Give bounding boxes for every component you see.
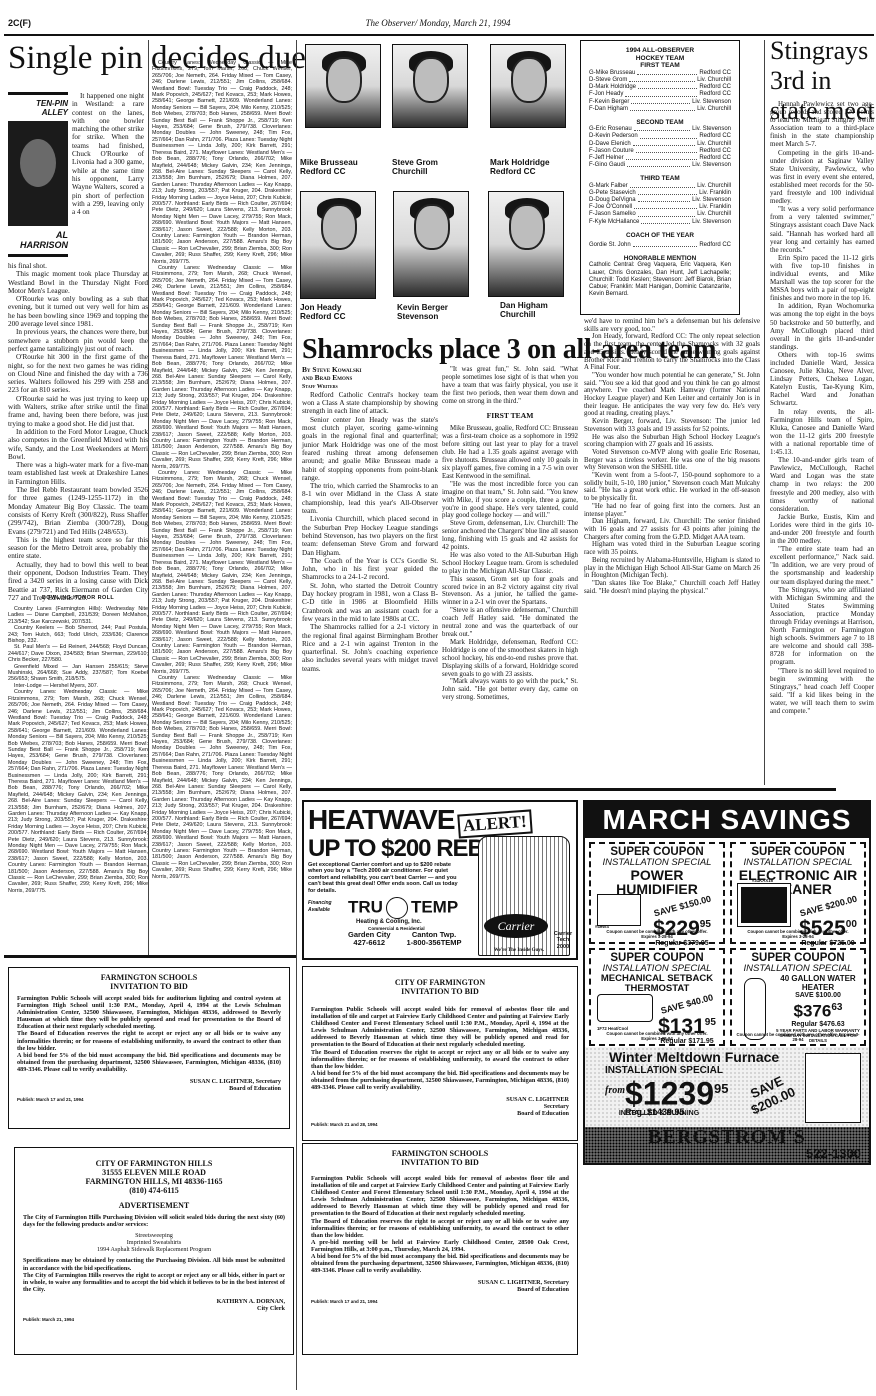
paragraph: Kevin Berger, forward, Liv. Stevenson: T… <box>584 418 760 433</box>
story-column: "It was great fun," St. John said. "What… <box>442 366 578 702</box>
honor-roll-list: Country Lanes (Farmington Hills): Wednes… <box>8 606 148 894</box>
paragraph: O'Rourke hit 300 in the first game of th… <box>8 353 148 394</box>
story-column: we'd have to remind him he's a defensema… <box>584 318 760 595</box>
portrait-caption: Kevin BergerStevenson <box>397 303 448 321</box>
face <box>509 204 545 250</box>
school: Redford CC <box>699 91 731 98</box>
honor-roll-entry: Country Lanes: Wednesday Classic — Mike … <box>152 470 292 675</box>
notice-body: Farmington Public Schools will accept se… <box>311 1006 569 1049</box>
portrait-photo <box>300 191 376 299</box>
section-rule <box>4 955 296 958</box>
paragraph: "Kevin went from a 5-foot-7, 150-pound s… <box>584 472 760 503</box>
brand-left: TRU <box>348 898 383 917</box>
divider <box>8 92 68 95</box>
third-team-label: THIRD TEAM <box>589 175 731 182</box>
player: D-Mark Holdridge <box>589 84 636 91</box>
roster-row: F-Joe O'ConnellLiv. Franklin <box>589 204 731 211</box>
player: D-Doug DelVigna <box>589 197 636 204</box>
model-label: Carrier Tech 2000 <box>552 931 574 951</box>
byline-role: Staff Writers <box>302 383 438 391</box>
paragraph: The Stingrays, who are affiliated with M… <box>770 586 874 667</box>
signature-title: City Clerk <box>23 1305 285 1312</box>
column-rule <box>148 40 149 955</box>
caption-name: Mike Brusseau <box>300 158 358 167</box>
notice-body: Farmington Public Schools will accept se… <box>311 1175 569 1218</box>
legal-notice-prebid: FARMINGTON SCHOOLS INVITATION TO BID Far… <box>302 1143 578 1355</box>
roster-row: G-Mark FalberLiv. Churchill <box>589 183 731 190</box>
player: G-Eric Rosenau <box>589 126 632 133</box>
heatwave-ad[interactable]: HEATWAVEALERT! UP TO $200 REBATE Get exc… <box>302 800 578 960</box>
school: Liv. Churchill <box>697 211 731 218</box>
paragraph: He was also voted to the All-Suburban Hi… <box>442 552 578 576</box>
furnace-title: Winter Meltdown Furnace <box>609 1049 779 1065</box>
paragraph: In addition, Ryan Wochomurka was among t… <box>770 302 874 351</box>
notice-body: The City of Farmington Hills Purchasing … <box>23 1214 285 1228</box>
paragraph: The 10-and-under girls team of Pawlewicz… <box>770 456 874 513</box>
bergstroms-dealer-block: BERGSTROM'S 522-1300 <box>585 1127 869 1163</box>
school: Liv. Churchill <box>697 106 731 113</box>
price-dollars: $376 <box>794 1002 832 1021</box>
brand-right: TEMP <box>411 898 458 917</box>
coupon-fine-print: Coupon cannot be combined with any other… <box>599 1031 715 1041</box>
dealer-phone[interactable]: 522-1300 <box>806 1146 861 1161</box>
school: Redford CC <box>699 242 731 249</box>
player: F-Jeff Helner <box>589 155 624 162</box>
honor-roll-entry: St. Paul Men's — Ed Reinert, 244/568; Fl… <box>8 644 148 663</box>
paragraph: Higham was voted third in the Suburban L… <box>584 541 760 556</box>
paragraph: "There is no skill level required to beg… <box>770 667 874 716</box>
signature: SUSAN C. LIGHTNER <box>311 1096 569 1103</box>
school: Redford CC <box>699 148 731 155</box>
paragraph: Senior center Jon Heady was the state's … <box>302 416 438 482</box>
notice-title: FARMINGTON SCHOOLS <box>311 1149 569 1158</box>
furnace-details: INSTALLED & RUNNING <box>589 1110 729 1118</box>
roster-row: D-Steve GromLiv. Churchill <box>589 77 731 84</box>
box-title: HOCKEY TEAM <box>589 55 731 63</box>
paragraph: Voted Stevenson co-MVP along with goalie… <box>584 449 760 472</box>
honorable-list: Catholic Central: Greg Vaquera, Eric Vaq… <box>589 262 731 298</box>
school: Liv. Franklin <box>699 204 731 211</box>
portrait-photo <box>490 44 566 128</box>
paragraph: Redford Catholic Central's hockey team w… <box>302 391 438 416</box>
player: F-Joe O'Connell <box>589 204 632 211</box>
honor-roll-entry: Country Lanes (Farmington Hills): Wednes… <box>8 606 148 625</box>
subhead: FIRST TEAM <box>442 412 578 420</box>
player: F-Jason Couture <box>589 148 634 155</box>
header-rule <box>4 34 874 36</box>
notice-title: FARMINGTON SCHOOLS <box>17 973 281 982</box>
player: G-Mike Brusseau <box>589 70 635 77</box>
carrier-tagline: We're The Inside Guys. <box>494 947 544 954</box>
column-rule <box>296 40 297 1390</box>
school: Redford CC <box>699 133 731 140</box>
notice-title: CITY OF FARMINGTON <box>311 978 569 987</box>
coupon-fine-print: Coupon cannot be combined with any other… <box>740 929 856 939</box>
price-cents: 63 <box>831 1002 842 1013</box>
player: F-Kevin Berger <box>589 99 629 106</box>
signature: SUSAN C. LIGHTNER, Secretary <box>311 1279 569 1286</box>
school: Liv. Churchill <box>697 141 731 148</box>
phone: 1-800-356TEMP <box>407 939 462 947</box>
portrait-caption: Steve GromChurchill <box>392 158 438 176</box>
portrait-photo <box>392 44 468 128</box>
coupon-save: SAVE $100.00 <box>774 992 862 999</box>
player: F-Jon Heady <box>589 91 623 98</box>
march-savings-ad[interactable]: MARCH SAVINGS SUPER COUPON INSTALLATION … <box>583 800 871 1165</box>
coupon-model: #31KAX16 <box>752 878 773 883</box>
water-heater-illustration <box>744 978 766 1040</box>
ad-banner: MARCH SAVINGS <box>585 802 869 838</box>
publish-dates: Publish: March 17 and 21, 1994 <box>17 1096 281 1103</box>
paragraph: In relay events, the all-Farmington Hill… <box>770 408 874 457</box>
roster-row: F-Gino GaudiLiv. Stevenson <box>589 162 731 169</box>
caption-school: Redford CC <box>300 312 345 321</box>
paragraph: Competing in the girls 10-and-under divi… <box>770 149 874 206</box>
paragraph: The Shamrocks rallied for a 2-1 victory … <box>302 623 438 673</box>
paragraph: In previous years, the chances were ther… <box>8 328 148 353</box>
school: Liv. Stevenson <box>692 162 731 169</box>
caption-school: Redford CC <box>300 167 358 176</box>
notice-body: The Board of Education reserves the righ… <box>311 1218 569 1239</box>
caption-name: Steve Grom <box>392 158 438 167</box>
roster-row: F-Kyle McHallanceLiv. Stevenson <box>589 219 731 226</box>
paragraph: "You wonder how much potential he can ge… <box>584 372 760 418</box>
player: F-Jason Samelko <box>589 211 636 218</box>
face <box>414 204 450 250</box>
bowling-lead: It happened one night in Westland: a rar… <box>72 92 144 216</box>
stingrays-story: Hannah Pawlewicz set two age-group recor… <box>770 100 874 715</box>
honor-roll-list-continued: Country Lanes: Wednesday Classic — Mike … <box>152 60 292 950</box>
paragraph: we'd have to remind him he's a defensema… <box>584 318 760 333</box>
paragraph: "Mark always wants to go with the puck,"… <box>442 678 578 702</box>
notice-title: CITY OF FARMINGTON HILLS <box>23 1159 285 1168</box>
school: Redford CC <box>699 84 731 91</box>
location-garden-city: Garden City427-6612 <box>348 931 391 947</box>
paragraph: Jon Heady, forward, Redford CC: The only… <box>584 333 760 372</box>
paragraph: Erin Spiro paced the 11-12 girls with fi… <box>770 254 874 303</box>
ad-alert-badge: ALERT! <box>457 809 532 838</box>
coupon-fine-print: Coupon cannot be combined with any other… <box>599 929 715 939</box>
tru-temp-logo: TRUTEMP <box>348 897 458 919</box>
furnace-line: INSTALLED & RUNNING <box>589 1110 729 1118</box>
section-rule <box>300 788 836 791</box>
portrait-photo <box>305 44 381 128</box>
coupon-fine-print: Coupon cannot be combined with any other… <box>736 1032 860 1042</box>
thermostat-illustration <box>597 994 653 1022</box>
school: Liv. Stevenson <box>692 219 731 226</box>
caption-school: Stevenson <box>397 312 448 321</box>
paragraph: "Steve is an offensive defenseman," Chur… <box>442 607 578 639</box>
paragraph: He was also the Suburban High School Hoc… <box>584 434 760 449</box>
notice-address: 31555 ELEVEN MILE ROAD <box>23 1168 285 1177</box>
publish-dates: Publish: March 21 and 28, 1994 <box>311 1121 569 1128</box>
school: Redford CC <box>699 70 731 77</box>
signature: KATHRYN A. DORNAN, <box>23 1298 285 1305</box>
player: G-Mark Falber <box>589 183 628 190</box>
coupon-regular: Regular $725.00 <box>794 940 862 947</box>
signature-title: Board of Education <box>17 1085 281 1092</box>
paragraph: "It was great fun," St. John said. "What… <box>442 366 578 406</box>
face <box>321 204 357 250</box>
caption-name: Mark Holdridge <box>490 158 550 167</box>
coupon-product: POWER HUMIDIFIER <box>593 868 721 896</box>
columnist-photo <box>8 121 68 226</box>
paragraph: This season, Grom set up four goals and … <box>442 576 578 608</box>
player: D-Dave Elenich <box>589 141 631 148</box>
thermostat-dial-icon <box>386 897 408 919</box>
byline: and Brad Emons <box>302 374 438 382</box>
divider <box>8 254 68 257</box>
signature: SUSAN C. LIGHTNER, Secretary <box>17 1078 281 1085</box>
portrait-caption: Mark HoldridgeRedford CC <box>490 158 550 176</box>
paragraph: In addition to the Ford Motor League, Ch… <box>8 428 148 461</box>
honor-roll-entry: Country Lanes: Wednesday Classic — Mike … <box>152 265 292 470</box>
paragraph: Being recruited by Alabama-Huntsville, H… <box>584 557 760 580</box>
coupon-product: MECHANICAL SETBACK THERMOSTAT <box>593 974 721 994</box>
portrait-caption: Mike BrusseauRedford CC <box>300 158 358 176</box>
honor-roll-title: BOWLING HONOR ROLL <box>8 595 148 601</box>
school: Liv. Franklin <box>699 190 731 197</box>
bid-item: Streetsweeping <box>23 1232 285 1239</box>
paragraph: O'Rourke was only bowling as a sub that … <box>8 295 148 328</box>
school: Liv. Churchill <box>697 77 731 84</box>
caption-school: Churchill <box>392 167 438 176</box>
player: F-Dan Higham <box>589 106 628 113</box>
roster-row: G-Pete StasevichLiv. Franklin <box>589 190 731 197</box>
school: Liv. Stevenson <box>692 126 731 133</box>
roster-row: F-Jason CoutureRedford CC <box>589 148 731 155</box>
roster-row: F-Jeff HelnerRedford CC <box>589 155 731 162</box>
coupon-product: 40 GALLON WATER HEATER <box>774 974 862 992</box>
box-title: 1994 ALL-OBSERVER <box>589 47 731 55</box>
signature-title: Secretary <box>311 1103 569 1110</box>
notice-address: FARMINGTON HILLS, MI 48336-1165 <box>23 1177 285 1186</box>
furnace-price: $123995 <box>625 1073 728 1110</box>
air-cleaner-illustration <box>738 884 790 926</box>
notice-section: ADVERTISEMENT <box>23 1201 285 1210</box>
roster-row: F-Jason SamelkoLiv. Churchill <box>589 211 731 218</box>
honorable-label: HONORABLE MENTION <box>589 255 731 262</box>
furnace-illustration <box>805 1053 861 1123</box>
coach-row: Gordie St. JohnRedford CC <box>589 242 731 249</box>
coupon-price: $37663 <box>774 999 862 1021</box>
roster-row: F-Jon HeadyRedford CC <box>589 91 731 98</box>
school: Liv. Stevenson <box>692 197 731 204</box>
location-canton: Canton Twp.1-800-356TEMP <box>407 931 462 947</box>
player: G-Pete Stasevich <box>589 190 636 197</box>
ad-copy: Get exceptional Carrier comfort and up t… <box>308 862 458 894</box>
notice-body: The City of Farmington Hills reserves th… <box>23 1272 285 1293</box>
roster-row: G-Mike BrusseauRedford CC <box>589 70 731 77</box>
signature-title: Board of Education <box>311 1286 569 1293</box>
paragraph: Dan Higham, forward, Liv. Churchill: The… <box>584 518 760 541</box>
paragraph: The Bel Rebb Restaurant team bowled 3526… <box>8 486 148 536</box>
humidifier-illustration <box>597 894 641 926</box>
furnace-from: from <box>605 1085 625 1096</box>
bid-item: Imprinted Sweatshirts <box>23 1239 285 1246</box>
honor-roll-entry: Country Keelers — Bob Sherrod, 244; Paul… <box>8 625 148 644</box>
caption-name: Jon Heady <box>300 303 345 312</box>
notice-title: INVITATION TO BID <box>311 987 569 996</box>
roster-row: D-Kevin PedersonRedford CC <box>589 133 731 140</box>
caption-school: Churchill <box>500 310 548 319</box>
honor-roll-entry: Greenfield Mixed — Jan Hansen 255/615; S… <box>8 664 148 683</box>
story-column: By Steve Kowalski and Brad Emons Staff W… <box>302 366 438 673</box>
notice-body: A bid bond for 5% of the bid must accomp… <box>17 1052 281 1073</box>
school: Liv. Stevenson <box>692 99 731 106</box>
paragraph: It happened one night in Westland: a rar… <box>72 92 144 216</box>
bid-item: 1994 Asphalt Sidewalk Replacement Progra… <box>23 1246 285 1253</box>
second-team-label: SECOND TEAM <box>589 119 731 126</box>
face <box>511 57 547 103</box>
price-cents: 95 <box>705 1017 716 1028</box>
player: D-Steve Grom <box>589 77 627 84</box>
column-logo: TEN-PIN ALLEY AL HARRISON <box>8 92 68 264</box>
masthead: The Observer/ Monday, March 21, 1994 <box>0 18 876 28</box>
paragraph: There was a high-water mark for a five-m… <box>8 461 148 486</box>
roster-row: F-Kevin BergerLiv. Stevenson <box>589 99 731 106</box>
portrait-photo <box>488 191 564 297</box>
portrait-caption: Jon HeadyRedford CC <box>300 303 345 321</box>
honor-roll-entry: Country Lanes: Wednesday Classic — Mike … <box>152 675 292 880</box>
coach-name: Gordie St. John <box>589 242 631 249</box>
paragraph: The trio, which carried the Shamrocks to… <box>302 482 438 515</box>
publish-dates: Publish: March 21, 1994 <box>23 1316 285 1323</box>
paragraph: O'Rourke said he was just trying to keep… <box>8 395 148 428</box>
notice-phone: (810) 474-6115 <box>23 1186 285 1195</box>
paragraph: "It was a very solid performance from a … <box>770 205 874 254</box>
first-team-label: FIRST TEAM <box>589 62 731 70</box>
columnist-byline: AL HARRISON <box>8 230 68 250</box>
phone: 427-6612 <box>348 939 391 947</box>
school: Redford CC <box>699 155 731 162</box>
paragraph: Mark Holdridge, defenseman, Redford CC: … <box>442 639 578 679</box>
roster-row: D-Mark HoldridgeRedford CC <box>589 84 731 91</box>
paragraph: "He had no fear of going first into the … <box>584 503 760 518</box>
coupon-regular: Regular $476.63 <box>774 1021 862 1028</box>
notice-body: Farmington Public Schools will accept se… <box>17 995 281 1030</box>
publish-dates: Publish: March 17 and 21, 1994 <box>311 1298 569 1305</box>
coach-label: COACH OF THE YEAR <box>589 232 731 239</box>
paragraph: "Dan skates like Toe Blake," Churchill c… <box>584 580 760 595</box>
column-rule <box>764 40 765 785</box>
caption-name: Dan Higham <box>500 301 548 310</box>
paragraph: his final shot. <box>8 262 148 270</box>
paragraph: Mike Brusseau, goalie, Redford CC: Bruss… <box>442 425 578 480</box>
paragraph: "The entire state team had an excellent … <box>770 545 874 585</box>
roster-row: D-Dave ElenichLiv. Churchill <box>589 141 731 148</box>
roster-row: G-Eric RosenauLiv. Stevenson <box>589 126 731 133</box>
legal-notice-asbestos: CITY OF FARMINGTON INVITATION TO BID Far… <box>302 966 578 1141</box>
honor-roll-entry: Country Lanes: Wednesday Classic — Mike … <box>152 60 292 265</box>
notice-body: The Board of Education reserves the righ… <box>311 1049 569 1070</box>
notice-title: INVITATION TO BID <box>311 1158 569 1167</box>
coupon-regular: Regular $379.95 <box>643 940 721 947</box>
coupon-install: INSTALLATION SPECIAL <box>734 964 862 974</box>
coupon-thermostat[interactable]: SUPER COUPON INSTALLATION SPECIAL MECHAN… <box>589 948 725 1046</box>
ad-headline: HEATWAVE <box>308 804 455 835</box>
paragraph: Livonia Churchill, which placed second i… <box>302 515 438 556</box>
column-kicker: TEN-PIN ALLEY <box>8 99 68 117</box>
paragraph: This is the highest team score so far th… <box>8 536 148 561</box>
roster-row: D-Doug DelVignaLiv. Stevenson <box>589 197 731 204</box>
signature-title: Board of Education <box>311 1110 569 1117</box>
dealer-name: BERGSTROM'S <box>585 1127 869 1147</box>
notice-body: A bid bond for 5% of the bid must accomp… <box>311 1070 569 1091</box>
paragraph: Steve Grom, defenseman, Liv. Churchill: … <box>442 520 578 552</box>
furnace-save: SAVE $200.00 <box>732 1066 808 1123</box>
paragraph: St. John, who started the Detroit Countr… <box>302 582 438 623</box>
face <box>326 57 362 103</box>
player: D-Kevin Pederson <box>589 133 638 140</box>
portrait-caption: Dan HighamChurchill <box>500 301 548 319</box>
notice-body: A bid bond for 5% of the bid must accomp… <box>311 1253 569 1274</box>
caption-name: Kevin Berger <box>397 303 448 312</box>
caption-school: Redford CC <box>490 167 550 176</box>
legal-notice-farmington-hills: CITY OF FARMINGTON HILLS 31555 ELEVEN MI… <box>14 1147 294 1355</box>
player: F-Gino Gaudi <box>589 162 625 169</box>
notice-body: A pre-bid meeting will be held at Fairvi… <box>311 1239 569 1253</box>
paragraph: "He was the most incredible force you ca… <box>442 481 578 521</box>
roster-row: F-Dan HighamLiv. Churchill <box>589 106 731 113</box>
notice-title: INVITATION TO BID <box>17 982 281 991</box>
face <box>413 57 449 103</box>
notice-body: Specifications may be obtained by contac… <box>23 1257 285 1271</box>
paragraph: Jackie Burke, Eustis, Kim and Lorides we… <box>770 513 874 545</box>
bowling-body: his final shot. This magic moment took p… <box>8 262 148 602</box>
school: Liv. Churchill <box>697 183 731 190</box>
honor-roll-entry: Country Lanes: Wednesday Classic — Mike … <box>8 689 148 894</box>
paragraph: Hannah Pawlewicz set two age-group recor… <box>770 100 874 149</box>
all-observer-team-box: 1994 ALL-OBSERVER HOCKEY TEAM FIRST TEAM… <box>580 40 740 315</box>
paragraph: This magic moment took place Thursday at… <box>8 270 148 295</box>
portrait-photo <box>393 191 469 297</box>
coupon-humidifier[interactable]: SUPER COUPON INSTALLATION SPECIAL POWER … <box>589 842 725 944</box>
legal-notice-auditorium: FARMINGTON SCHOOLS INVITATION TO BID Far… <box>8 967 290 1129</box>
notice-body: The Board of Education reserves the righ… <box>17 1030 281 1051</box>
carrier-logo: Carrier <box>484 914 548 938</box>
financing-label: Financing Available <box>308 900 344 914</box>
coupon-air-cleaner[interactable]: SUPER COUPON INSTALLATION SPECIAL ELECTR… <box>730 842 866 944</box>
paragraph: Others with top-16 swims included Daniel… <box>770 351 874 408</box>
price-cents: 95 <box>714 1081 728 1096</box>
player: F-Kyle McHallance <box>589 219 639 226</box>
paragraph: The Coach of the Year is CC's Gordie St.… <box>302 557 438 582</box>
coupon-water-heater[interactable]: SUPER COUPON INSTALLATION SPECIAL 40 GAL… <box>730 948 866 1046</box>
